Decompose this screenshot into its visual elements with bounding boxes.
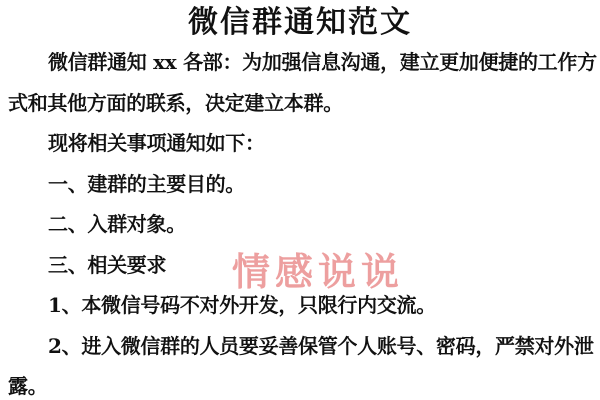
document-page: 微信群通知范文 微信群通知 xx 各部：为加强信息沟通，建立更加便捷的工作方 式… — [0, 0, 600, 400]
page-title: 微信群通知范文 — [0, 0, 600, 42]
doc-line-1: 微信群通知 xx 各部：为加强信息沟通，建立更加便捷的工作方 — [8, 42, 596, 83]
document-body: 微信群通知 xx 各部：为加强信息沟通，建立更加便捷的工作方 式和其他方面的联系… — [0, 42, 600, 400]
doc-line-4: 一、建群的主要目的。 — [8, 164, 596, 205]
doc-line-3: 现将相关事项通知如下： — [8, 123, 596, 164]
doc-line-8: 2、进入微信群的人员要妥善保管个人账号、密码，严禁对外泄 — [8, 326, 596, 367]
doc-line-2: 式和其他方面的联系，决定建立本群。 — [8, 83, 596, 124]
doc-line-5: 二、入群对象。 — [8, 204, 596, 245]
doc-line-6: 三、相关要求 — [8, 245, 596, 286]
doc-line-9: 露。 — [8, 366, 596, 400]
doc-line-7: 1、本微信号码不对外开发，只限行内交流。 — [8, 285, 596, 326]
